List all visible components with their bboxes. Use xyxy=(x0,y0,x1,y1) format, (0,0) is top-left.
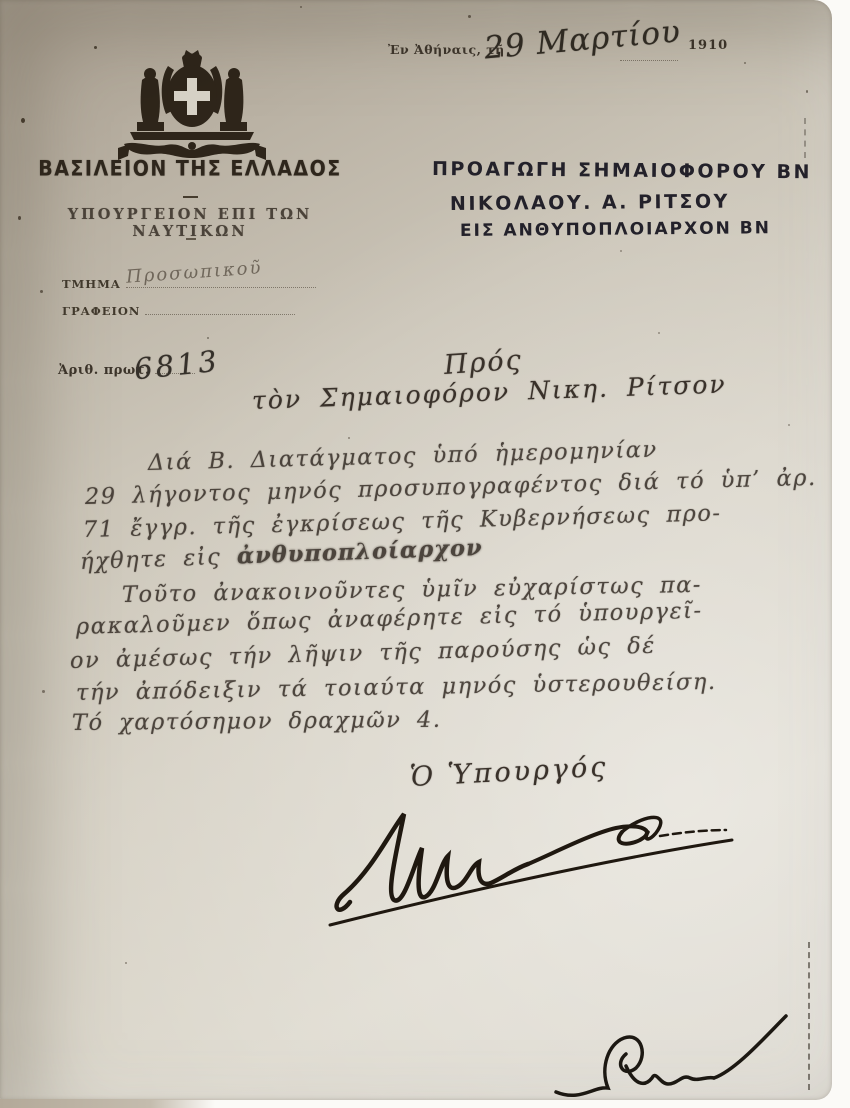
date-year: 1910 xyxy=(688,38,728,53)
ministry-title: ΥΠΟΥΡΓΕΙΟΝ ΕΠΙ ΤΩΝ ΝΑΥΤΙΚΩΝ xyxy=(12,206,368,240)
body-p2-line4: τήν ἀπόδειξιν τά τοιαύτα μηνός ὑστερουθε… xyxy=(76,669,717,706)
office-dotted-line xyxy=(145,304,295,315)
office-row: ΓΡΑΦΕΙΟΝ xyxy=(62,304,295,318)
secondary-signature-icon xyxy=(552,1010,798,1102)
pen-annotation-line-3: ΕΙΣ ΑΝΘΥΠΟΠΛΟΙΑΡΧΟΝ ΒΝ xyxy=(460,218,771,241)
date-line: Ἐν Ἀθήναις, τῇ 29 Μαρτίου 1910 xyxy=(388,30,728,80)
divider-dash-small xyxy=(186,238,196,240)
pen-annotation-line-2: ΝΙΚΟΛΑΟΥ. Α. ΡΙΤΣΟΥ xyxy=(450,191,730,215)
body-p1-line4-prefix: ήχθητε εἰς xyxy=(80,544,222,575)
date-dotted-leader xyxy=(620,60,678,61)
page-edge-shadow-top xyxy=(804,118,806,158)
pen-annotation-line-1: ΠΡΟΑΓΩΓΗ ΣΗΜΑΙΟΦΟΡΟΥ ΒΝ xyxy=(432,158,812,183)
office-label: ΓΡΑΦΕΙΟΝ xyxy=(62,304,140,318)
photo-bottom-left-shade xyxy=(0,1099,215,1108)
body-p1-line4-emphasis: ἀνθυποπλοίαρχον xyxy=(236,535,483,570)
divider-dash xyxy=(183,196,198,198)
protocol-number-handwritten: 6813 xyxy=(132,344,221,387)
department-label: ΤΜΗΜΑ xyxy=(62,277,121,291)
letter-paper: Ἐν Ἀθήναις, τῇ 29 Μαρτίου 1910 xyxy=(0,0,832,1100)
minister-signature-icon xyxy=(328,806,752,928)
scanned-letter-photo: Ἐν Ἀθήναις, τῇ 29 Μαρτίου 1910 xyxy=(0,0,850,1108)
body-p2-line5: Τό χαρτόσημον δραχμῶν 4. xyxy=(72,707,442,736)
recipient-to-label: Πρός xyxy=(443,345,524,381)
body-p2-line3: ον ἀμέσως τήν λῆψιν τῆς παρούσης ὡς δέ xyxy=(70,633,656,674)
kingdom-title: ΒΑΣΙΛΕΙΟΝ ΤΗΣ ΕΛΛΑΔΟΣ xyxy=(22,157,358,182)
page-edge-shadow xyxy=(808,942,810,1090)
coat-of-arms-icon xyxy=(116,48,268,166)
date-handwritten: 29 Μαρτίου xyxy=(483,13,682,66)
minister-title: Ὁ Ὑπουργός xyxy=(409,752,609,793)
